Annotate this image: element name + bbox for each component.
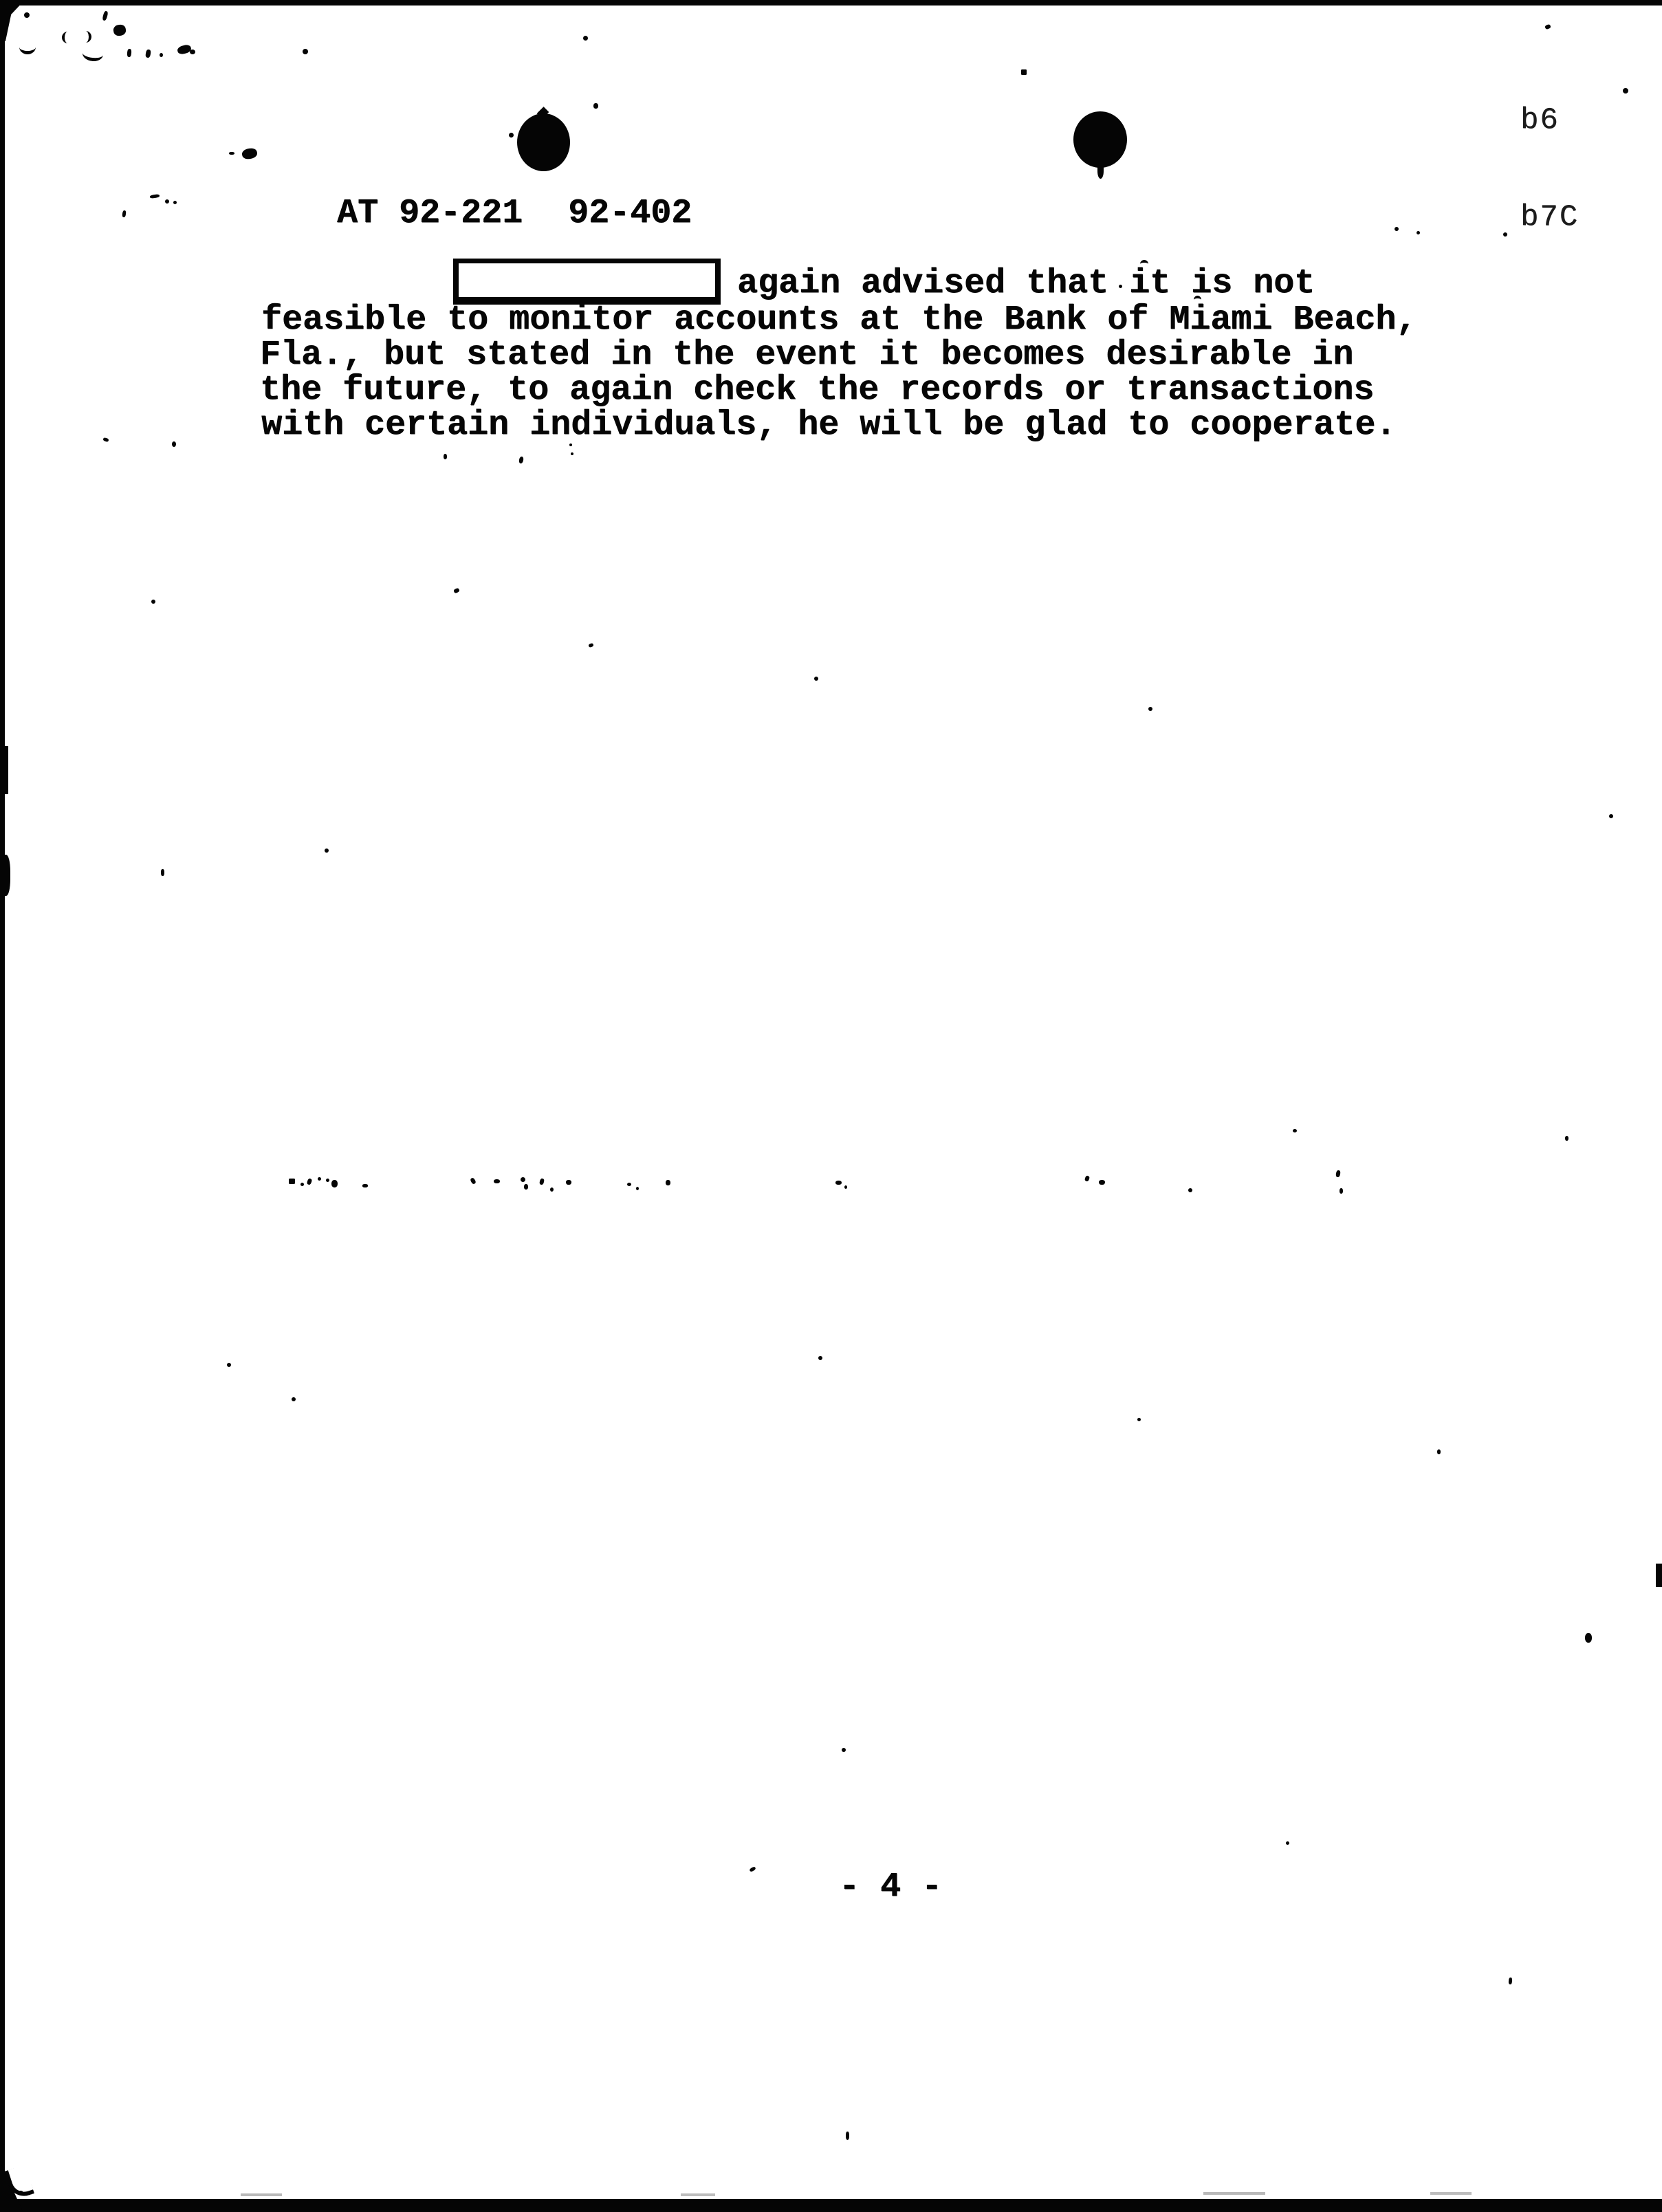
ink-speck bbox=[588, 643, 593, 648]
scan-edge-bottom bbox=[0, 2199, 1662, 2212]
ink-speck bbox=[1565, 1136, 1568, 1141]
ink-speck bbox=[173, 201, 177, 204]
document-page: b6 b7C AT 92-22192-402 again advised tha… bbox=[0, 0, 1662, 2212]
ink-speck bbox=[470, 1177, 477, 1185]
body-text-line-1: again advised that it is not bbox=[737, 267, 1315, 301]
redaction-box bbox=[453, 259, 721, 305]
ink-speck bbox=[524, 1184, 528, 1190]
scan-edge-top bbox=[0, 0, 1662, 6]
scan-corner-top-left bbox=[0, 0, 25, 41]
exemption-code-b7c: b7C bbox=[1520, 201, 1599, 234]
ink-speck bbox=[1417, 231, 1420, 234]
ink-speck bbox=[177, 44, 192, 56]
scan-edge-right-tick bbox=[1656, 1564, 1662, 1587]
ink-speck bbox=[550, 1187, 554, 1192]
ink-speck bbox=[160, 53, 163, 57]
ink-speck bbox=[122, 210, 126, 218]
ink-speck bbox=[636, 1187, 639, 1190]
ink-speck bbox=[151, 600, 155, 604]
ink-speck bbox=[1623, 88, 1628, 94]
typewriter-stray-mark bbox=[1194, 296, 1201, 304]
ink-speck bbox=[1286, 1841, 1289, 1845]
ink-speck bbox=[521, 1177, 525, 1182]
scan-edge-left bbox=[0, 0, 5, 2212]
ink-speck bbox=[145, 49, 151, 58]
ink-speck bbox=[190, 50, 195, 54]
ink-speck bbox=[844, 1185, 847, 1189]
ink-speck bbox=[1099, 1180, 1105, 1185]
ink-speck bbox=[814, 677, 818, 681]
ink-speck bbox=[1335, 1170, 1341, 1178]
ink-speck bbox=[362, 1184, 368, 1187]
ink-speck bbox=[300, 1183, 304, 1186]
scan-edge-left-blob bbox=[0, 855, 10, 896]
pen-mark bbox=[82, 45, 104, 62]
ink-speck bbox=[303, 49, 308, 54]
ink-speck bbox=[172, 441, 176, 447]
body-text-line-5: with certain individuals, he will be gla… bbox=[261, 408, 1396, 443]
ink-speck bbox=[307, 1178, 313, 1185]
ink-speck bbox=[18, 2191, 23, 2195]
body-text-line-3: Fla., but stated in the event it becomes… bbox=[260, 338, 1353, 373]
ink-speck bbox=[1293, 1129, 1297, 1132]
ink-speck bbox=[666, 1180, 670, 1185]
ink-speck bbox=[150, 194, 160, 199]
ink-speck bbox=[241, 147, 258, 160]
hole-punch-mark bbox=[1097, 164, 1104, 179]
ink-speck bbox=[1544, 24, 1551, 30]
typewriter-stray-mark bbox=[1140, 260, 1148, 268]
ink-speck bbox=[593, 103, 598, 109]
ink-speck bbox=[325, 848, 329, 853]
foia-exemption-codes: b6 b7C bbox=[1520, 40, 1599, 298]
ink-speck bbox=[326, 1179, 329, 1182]
ink-speck bbox=[1430, 2192, 1472, 2195]
hole-punch-mark bbox=[1073, 111, 1127, 168]
ink-speck bbox=[165, 199, 169, 204]
ink-speck bbox=[627, 1183, 631, 1186]
ink-speck bbox=[127, 49, 131, 57]
ink-speck bbox=[161, 869, 164, 876]
ink-speck bbox=[241, 2193, 282, 2196]
ink-speck bbox=[1503, 232, 1507, 237]
exemption-code-b6: b6 bbox=[1520, 105, 1599, 137]
ink-speck bbox=[1084, 1175, 1090, 1182]
ink-speck bbox=[1609, 814, 1613, 818]
ink-speck bbox=[229, 152, 234, 155]
ink-speck bbox=[1021, 69, 1027, 75]
ink-speck bbox=[113, 24, 127, 37]
ink-speck bbox=[1119, 285, 1122, 288]
ink-speck bbox=[681, 2193, 715, 2196]
ink-speck bbox=[318, 1177, 321, 1181]
body-text-line-2: feasible to monitor accounts at the Bank… bbox=[261, 303, 1417, 338]
pen-mark bbox=[80, 31, 91, 43]
ink-speck bbox=[539, 1178, 545, 1185]
ink-speck bbox=[571, 452, 573, 455]
ink-speck bbox=[583, 36, 588, 41]
ink-speck bbox=[1509, 1978, 1513, 1984]
ink-speck bbox=[453, 588, 460, 594]
case-header: AT 92-22192-402 bbox=[254, 162, 692, 265]
ink-speck bbox=[227, 1363, 231, 1367]
ink-speck bbox=[1437, 1449, 1441, 1454]
ink-speck bbox=[102, 10, 108, 21]
ink-speck bbox=[1340, 1188, 1343, 1194]
ink-speck bbox=[494, 1179, 500, 1183]
ink-speck bbox=[289, 1179, 295, 1184]
ink-speck bbox=[566, 1180, 571, 1185]
page-number: - 4 - bbox=[839, 1870, 942, 1905]
ink-speck bbox=[842, 1748, 846, 1752]
ink-speck bbox=[1395, 227, 1399, 231]
ink-speck bbox=[1137, 1418, 1141, 1421]
ink-speck bbox=[818, 1356, 822, 1360]
ink-speck bbox=[1585, 1633, 1592, 1643]
ink-speck bbox=[835, 1181, 842, 1185]
ink-speck bbox=[24, 12, 30, 18]
ink-speck bbox=[102, 437, 109, 442]
ink-speck bbox=[749, 1866, 756, 1872]
pen-mark bbox=[19, 40, 36, 54]
body-text-line-4: the future, to again check the records o… bbox=[260, 373, 1374, 408]
ink-speck bbox=[846, 2132, 849, 2140]
scan-edge-left-bump bbox=[0, 746, 8, 794]
ink-speck bbox=[518, 456, 524, 463]
ink-speck bbox=[292, 1397, 296, 1401]
ink-speck bbox=[444, 454, 447, 459]
pen-mark bbox=[62, 32, 74, 43]
ink-speck bbox=[509, 133, 514, 138]
ink-speck bbox=[331, 1180, 338, 1187]
ink-speck bbox=[1203, 2192, 1265, 2195]
serial-number: 92-402 bbox=[568, 197, 692, 231]
ink-speck bbox=[569, 444, 572, 446]
ink-speck bbox=[1188, 1188, 1192, 1192]
ink-speck bbox=[1148, 707, 1152, 711]
file-number: AT 92-221 bbox=[337, 194, 523, 233]
